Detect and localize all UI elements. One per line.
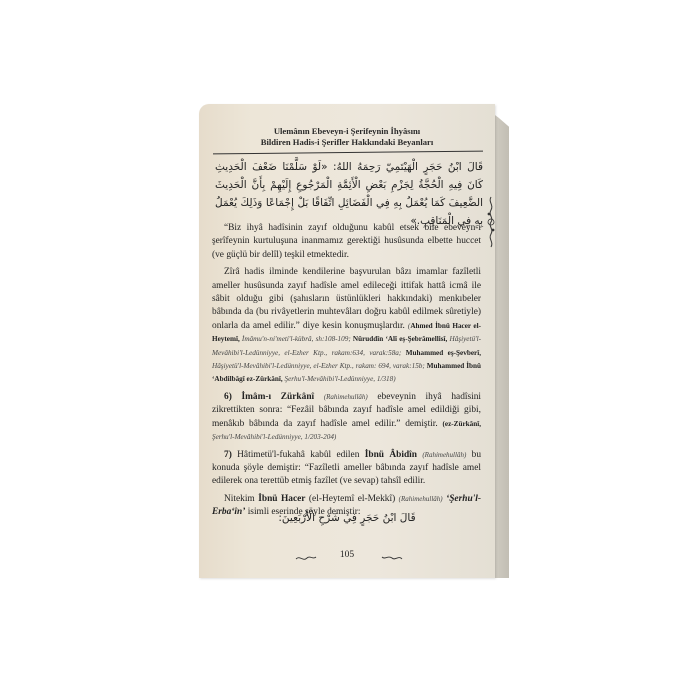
header-rule bbox=[213, 151, 483, 155]
honorific: (Rahimehullâh) bbox=[399, 495, 443, 503]
paragraph-1: “Biz ihyâ hadîsinin zayıf olduğunu kabûl… bbox=[212, 222, 481, 262]
item-number: 6) bbox=[224, 392, 232, 402]
citation-work: İmâmu'n-ni'meti'l-kübrâ, sh:108-109; bbox=[240, 335, 353, 343]
citation-author: Muhammed eş-Şevberî, bbox=[406, 349, 481, 357]
right-swash-ornament-icon bbox=[381, 554, 403, 562]
running-head-line-2: Bildiren Hadis-i Şerifler Hakkındaki Bey… bbox=[199, 137, 495, 148]
book-page: Ulemânın Ebeveyn-i Şerifeynin İhyâsını B… bbox=[199, 104, 495, 578]
body-text: “Biz ihyâ hadîsinin zayıf olduğunu kabûl… bbox=[212, 222, 481, 524]
paragraph-2: Zîrâ hadis ilminde kendilerine başvurula… bbox=[212, 266, 481, 387]
page-number: 105 bbox=[199, 550, 495, 560]
scholar-name: İbnü Hacer bbox=[258, 494, 305, 504]
scholar-name: İbnü Âbidîn bbox=[365, 450, 417, 460]
scholar-name: İmâm-ı Zürkânî bbox=[241, 392, 314, 402]
paragraph-2-citation: (Ahmed İbnü Hacer el-Heytemî, İmâmu'n-ni… bbox=[212, 322, 481, 384]
paragraph-5-mid: (el-Heytemî el-Mekkî) bbox=[305, 494, 398, 504]
paragraph-4: 7) Hâtimetü'l-fukahâ kabûl edilen İbnü Â… bbox=[212, 449, 481, 489]
arabic-quote-1: قَالَ ابْنُ حَجَرٍ الْهَيْتَمِيّ رَحِمَه… bbox=[215, 158, 483, 230]
paragraph-5-pre: Nitekim bbox=[224, 494, 258, 504]
honorific: (Rahimehullâh) bbox=[422, 451, 466, 459]
running-head-line-1: Ulemânın Ebeveyn-i Şerifeynin İhyâsını bbox=[199, 126, 495, 137]
citation-author: Nûruddîn ‘Alî eş-Şebrâmellisî, bbox=[353, 335, 447, 343]
arabic-quote-2: قَالَ ابْنُ حَجَرٍ فِي شَرْحِ الْأَرْبَع… bbox=[239, 512, 455, 524]
paragraph-3: 6) İmâm-ı Zürkânî (Rahimehullâh) ebeveyn… bbox=[212, 391, 481, 445]
running-head: Ulemânın Ebeveyn-i Şerifeynin İhyâsını B… bbox=[199, 126, 495, 148]
item-number: 7) bbox=[224, 450, 232, 460]
citation-author: (ez-Zürkânî, bbox=[442, 420, 481, 428]
citation-work: Şerhu'l-Mevâhibi'l-Ledünniyye, 1/203-204… bbox=[212, 433, 336, 441]
paragraph-4-pre: Hâtimetü'l-fukahâ kabûl edilen bbox=[232, 450, 365, 460]
citation-work: Hâşiyetü'l-Mevâhibi'l-Ledünniyye, el-Ezh… bbox=[212, 362, 427, 370]
citation-work: Şerhu'l-Mevâhibi'l-Ledünniyye, 1/318) bbox=[283, 375, 396, 383]
floral-ornament-icon bbox=[485, 196, 497, 248]
honorific: (Rahimehullâh) bbox=[324, 393, 368, 401]
